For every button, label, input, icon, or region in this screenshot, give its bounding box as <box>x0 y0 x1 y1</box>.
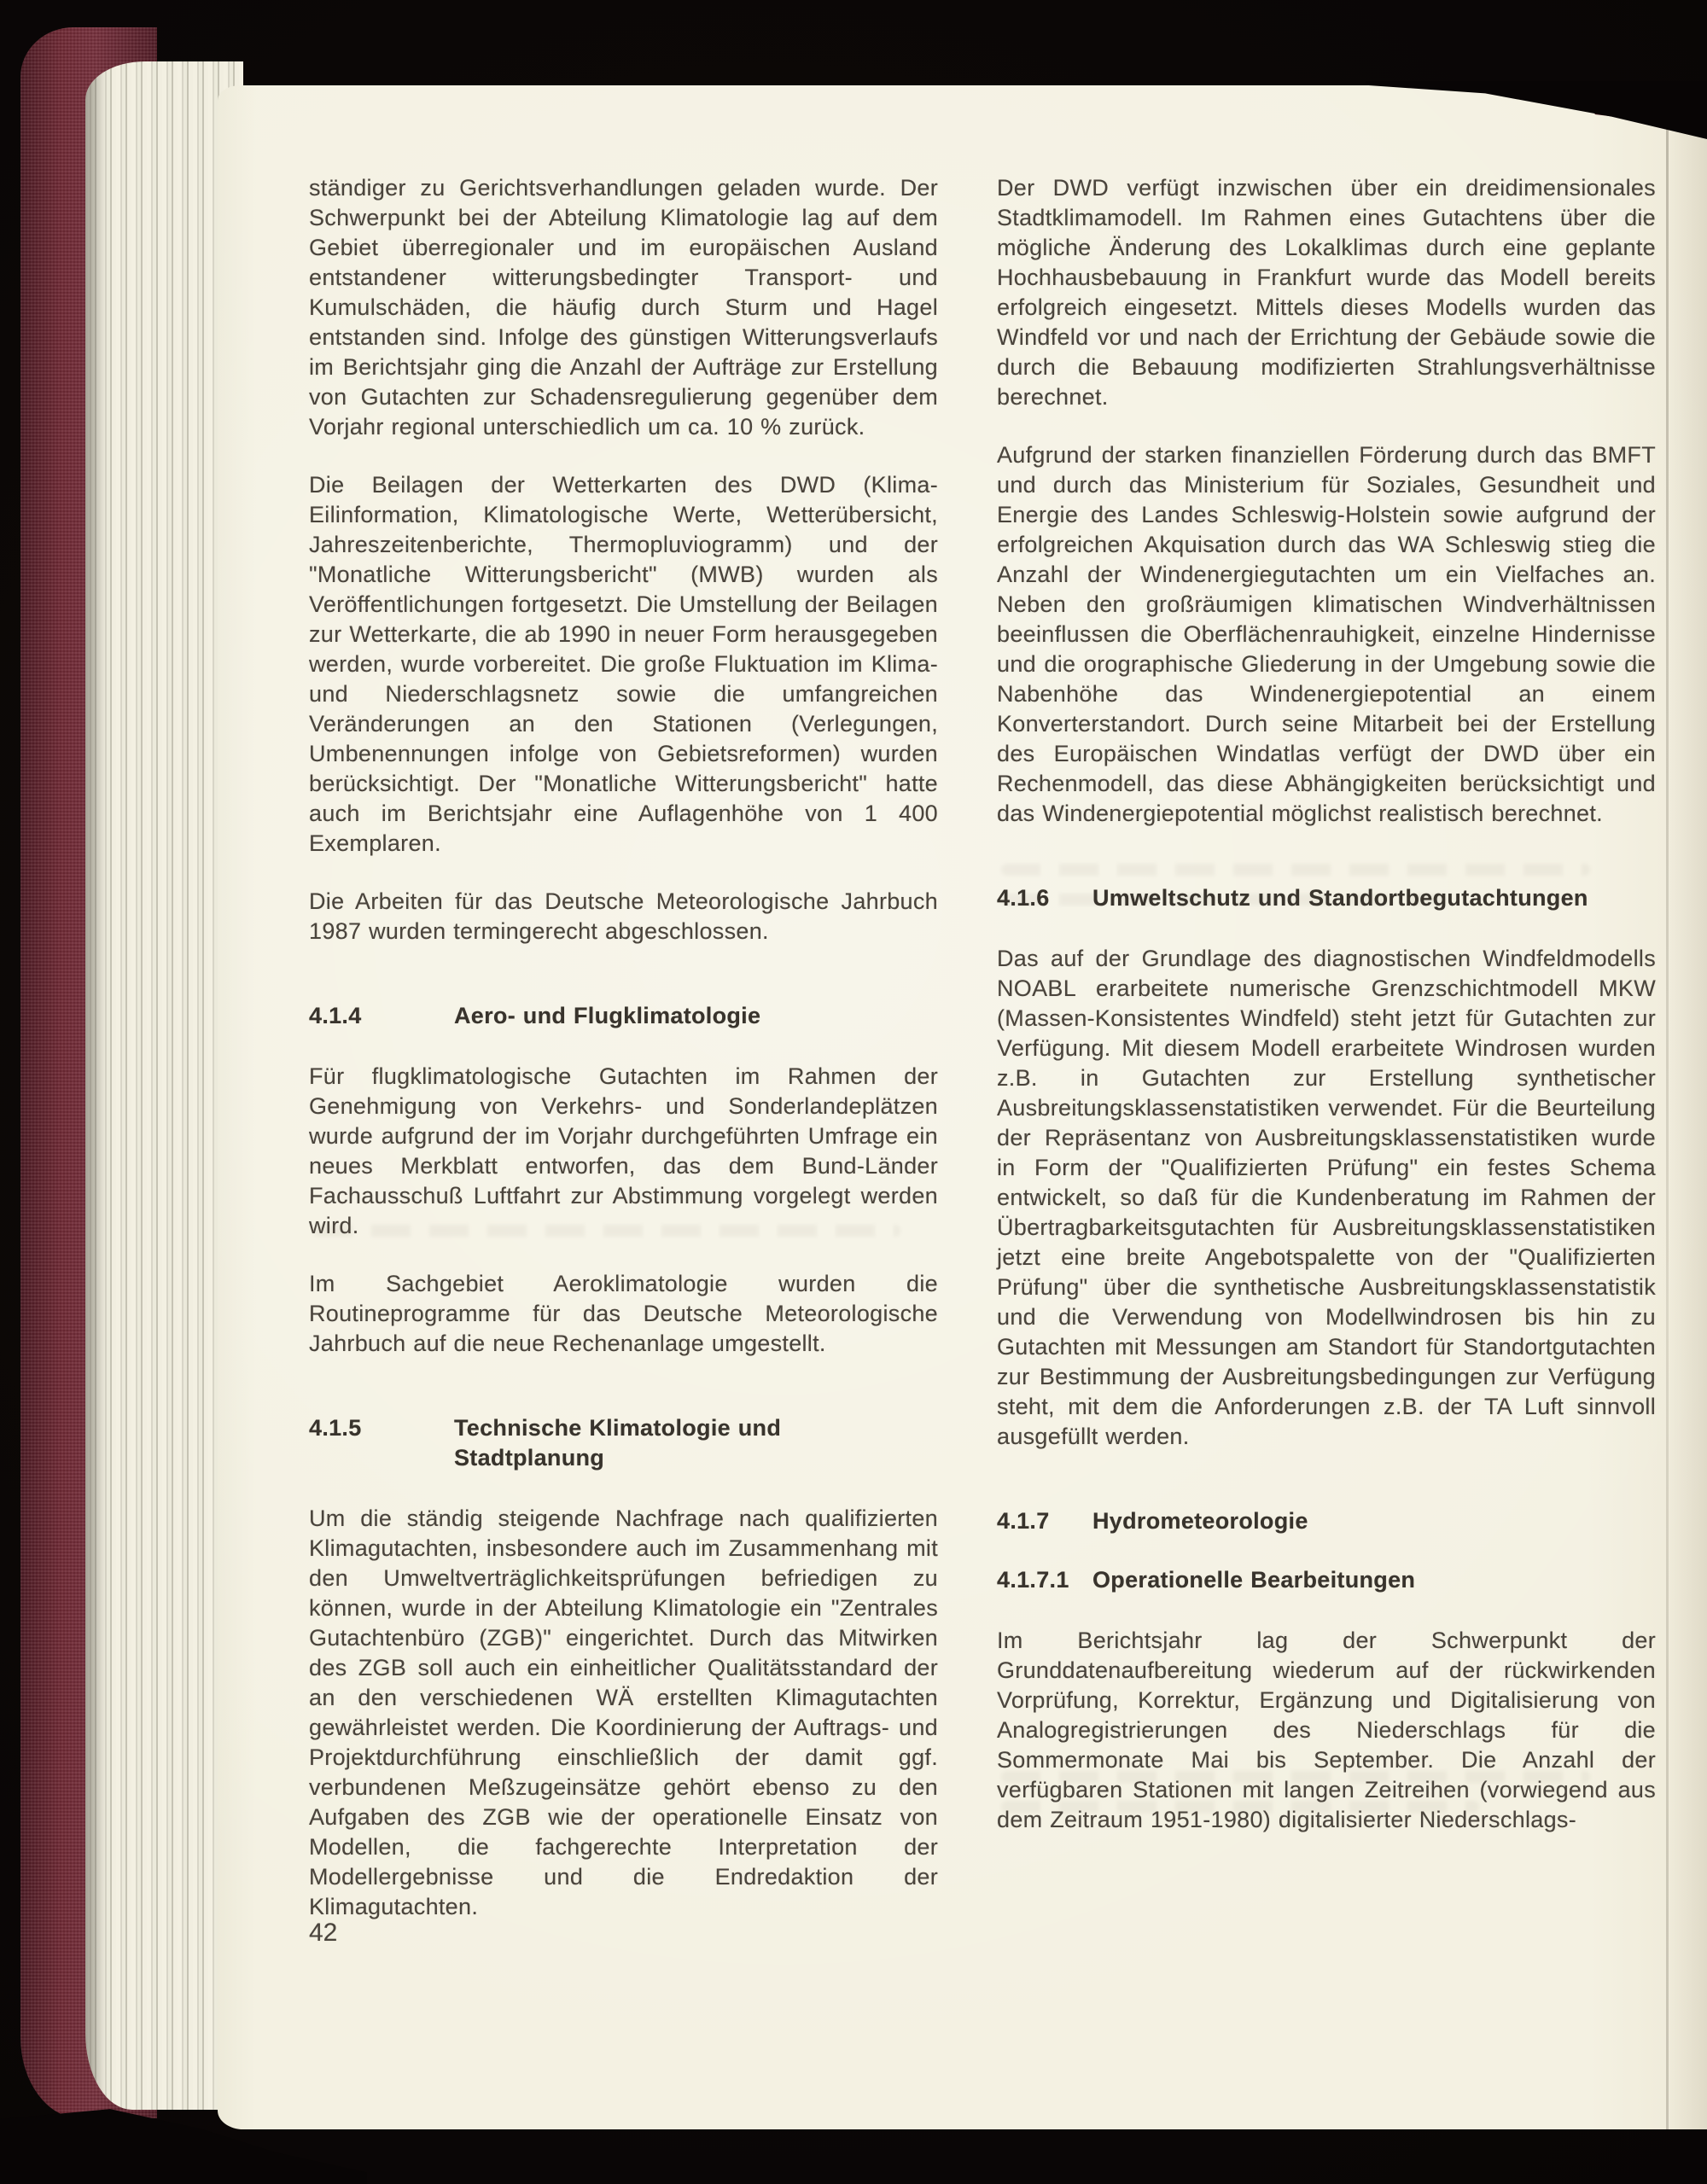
section-number: 4.1.7.1 <box>997 1565 1092 1595</box>
section-heading-4.1.4: 4.1.4Aero- und Flugklimatologie <box>309 1001 938 1031</box>
section-title: Hydrometeorologie <box>1092 1506 1656 1536</box>
section-title: Umweltschutz und Standortbegutachtungen <box>1092 883 1656 913</box>
paragraph: Im Berichtsjahr lag der Schwerpunkt der … <box>997 1626 1656 1835</box>
section-number: 4.1.4 <box>309 1001 454 1031</box>
section-heading-4.1.6: 4.1.6Umweltschutz und Standortbegutachtu… <box>997 883 1656 913</box>
section-heading-4.1.7.1: 4.1.7.1Operationelle Bearbeitungen <box>997 1565 1656 1595</box>
paragraph: Die Beilagen der Wetterkarten des DWD (K… <box>309 470 938 859</box>
paragraph: Die Arbeiten für das Deutsche Meteorolog… <box>309 887 938 946</box>
paragraph: Für flugklimatologische Gutachten im Rah… <box>309 1062 938 1241</box>
section-number: 4.1.7 <box>997 1506 1092 1536</box>
section-title: Technische Klimatologie und Stadtplanung <box>454 1413 938 1473</box>
page-number: 42 <box>309 1919 337 1948</box>
section-title: Aero- und Flugklimatologie <box>454 1001 938 1031</box>
right-column: Der DWD verfügt inzwischen über ein drei… <box>997 173 1656 1835</box>
left-column: ständiger zu Gerichtsverhandlungen gelad… <box>309 173 938 1922</box>
book-page: ständiger zu Gerichtsverhandlungen gelad… <box>218 85 1707 2129</box>
section-heading-4.1.7: 4.1.7Hydrometeorologie <box>997 1506 1656 1536</box>
section-number: 4.1.6 <box>997 883 1092 913</box>
paragraph: ständiger zu Gerichtsverhandlungen gelad… <box>309 173 938 442</box>
paragraph: Um die ständig steigende Nachfrage nach … <box>309 1504 938 1922</box>
paragraph: Aufgrund der starken finanziellen Förder… <box>997 440 1656 829</box>
section-heading-4.1.5: 4.1.5Technische Klimatologie und Stadtpl… <box>309 1413 938 1473</box>
book-photo: ständiger zu Gerichtsverhandlungen gelad… <box>0 0 1707 2184</box>
paragraph: Im Sachgebiet Aeroklimatologie wurden di… <box>309 1269 938 1359</box>
paragraph: Der DWD verfügt inzwischen über ein drei… <box>997 173 1656 412</box>
section-number: 4.1.5 <box>309 1413 454 1473</box>
fore-edge-shade <box>1668 85 1707 2129</box>
paragraph: Das auf der Grundlage des diagnostischen… <box>997 944 1656 1452</box>
section-title: Operationelle Bearbeitungen <box>1092 1565 1656 1595</box>
